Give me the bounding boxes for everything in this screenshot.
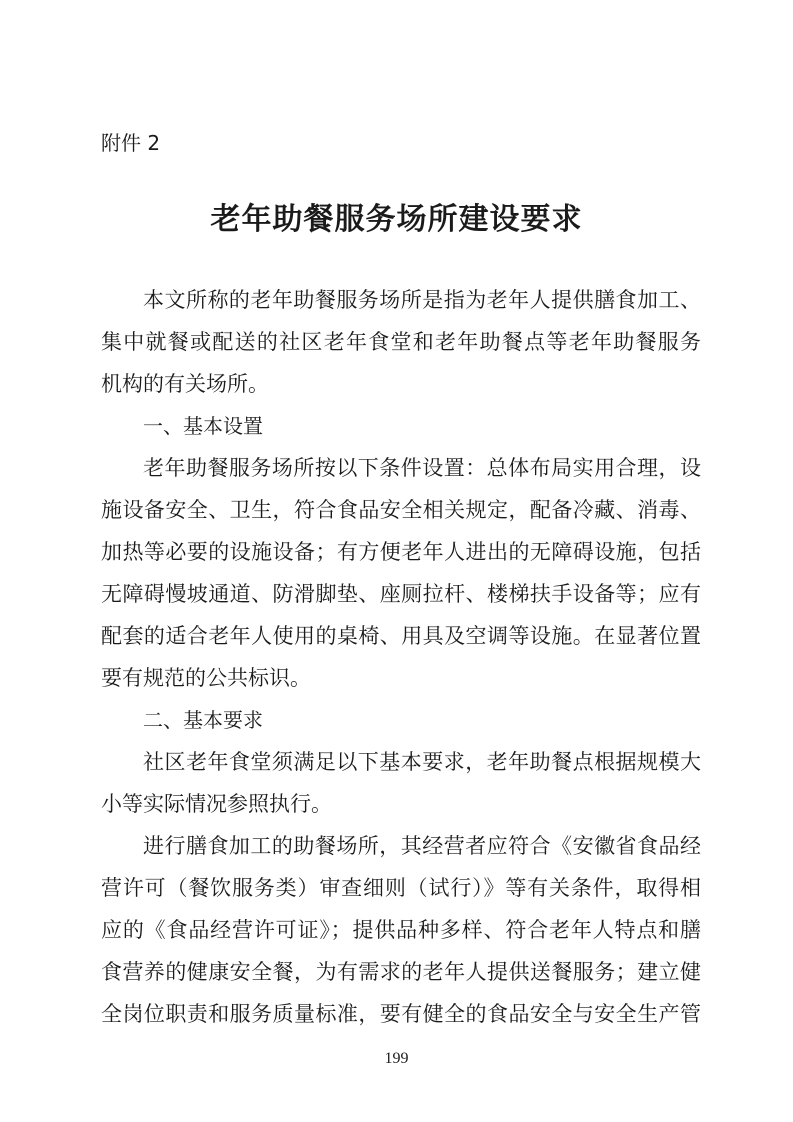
page-title: 老年助餐服务场所建设要求	[0, 200, 793, 240]
paragraph-line: 进行膳食加工的助餐场所，其经营者应符合《安徽省食品经	[143, 832, 701, 860]
paragraph-line: 营许可（餐饮服务类）审查细则（试行）》等有关条件，取得相	[101, 874, 701, 902]
attachment-label: 附件 2	[101, 130, 160, 156]
paragraph-line: 配套的适合老年人使用的桌椅、用具及空调等设施。在显著位置	[101, 622, 701, 650]
paragraph-line: 无障碍慢坡通道、防滑脚垫、座厕拉杆、楼梯扶手设备等；应有	[101, 580, 701, 608]
document-page: 附件 2 老年助餐服务场所建设要求 本文所称的老年助餐服务场所是指为老年人提供膳…	[0, 0, 793, 1122]
paragraph-line: 施设备安全、卫生，符合食品安全相关规定，配备冷藏、消毒、	[101, 496, 701, 524]
paragraph-line: 机构的有关场所。	[101, 370, 701, 398]
paragraph-line: 本文所称的老年助餐服务场所是指为老年人提供膳食加工、	[143, 286, 701, 314]
paragraph-line: 要有规范的公共标识。	[101, 664, 701, 692]
paragraph-line: 社区老年食堂须满足以下基本要求，老年助餐点根据规模大	[143, 748, 701, 776]
paragraph-line: 小等实际情况参照执行。	[101, 790, 701, 818]
paragraph-line: 全岗位职责和服务质量标准，要有健全的食品安全与安全生产管	[101, 1000, 701, 1028]
paragraph-line: 老年助餐服务场所按以下条件设置：总体布局实用合理，设	[143, 454, 701, 482]
section-heading: 一、基本设置	[143, 412, 263, 440]
paragraph-line: 食营养的健康安全餐，为有需求的老年人提供送餐服务；建立健	[101, 958, 701, 986]
paragraph-line: 集中就餐或配送的社区老年食堂和老年助餐点等老年助餐服务	[101, 328, 701, 356]
section-heading: 二、基本要求	[143, 706, 263, 734]
page-number: 199	[0, 1050, 793, 1068]
paragraph-line: 应的《食品经营许可证》；提供品种多样、符合老年人特点和膳	[101, 916, 701, 944]
paragraph-line: 加热等必要的设施设备；有方便老年人进出的无障碍设施，包括	[101, 538, 701, 566]
